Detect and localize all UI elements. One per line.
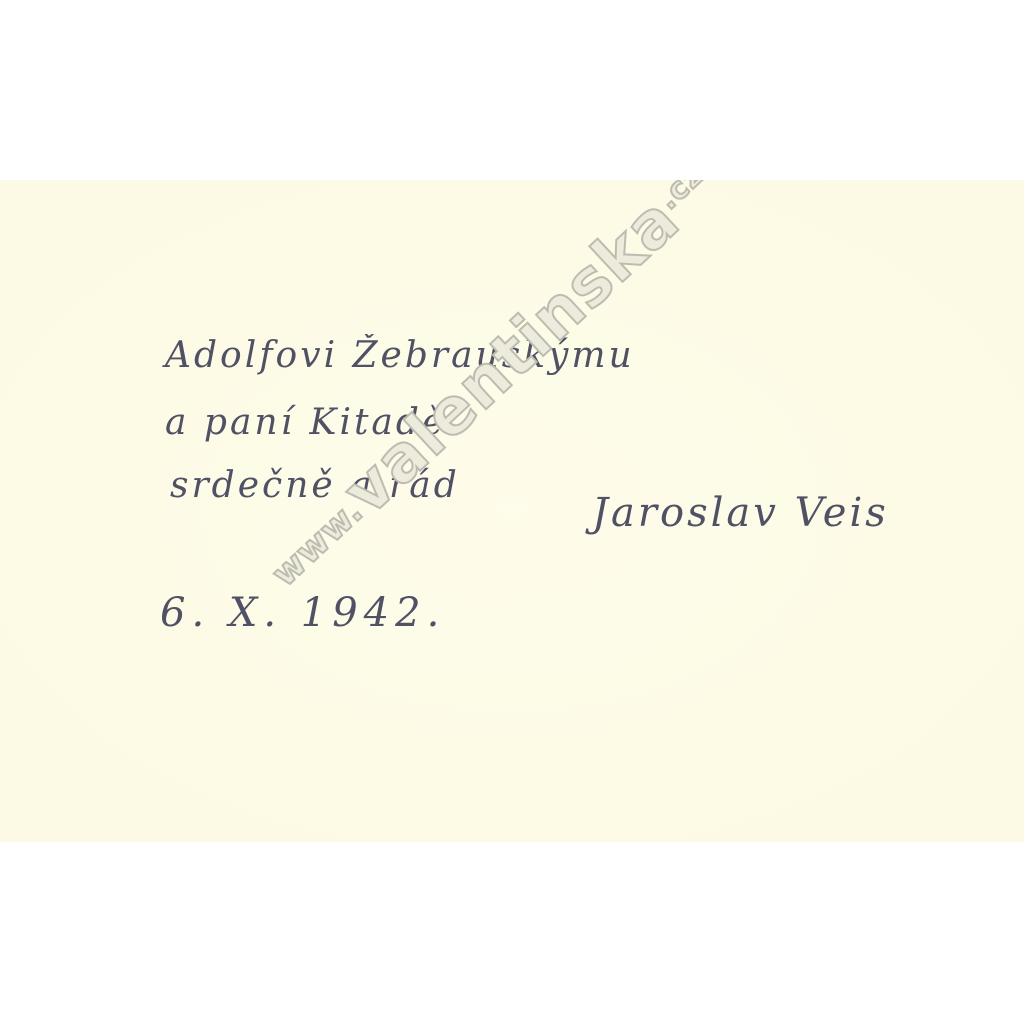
dedication-card: Adolfovi Žebrauskýmu a paní Kitadě srdeč… [0, 180, 1024, 842]
watermark-prefix: www. [264, 491, 371, 595]
signature: Jaroslav Veis [592, 490, 889, 536]
watermark: www.valentinska.cz [250, 180, 730, 604]
page: Adolfovi Žebrauskýmu a paní Kitadě srdeč… [0, 0, 1024, 1024]
